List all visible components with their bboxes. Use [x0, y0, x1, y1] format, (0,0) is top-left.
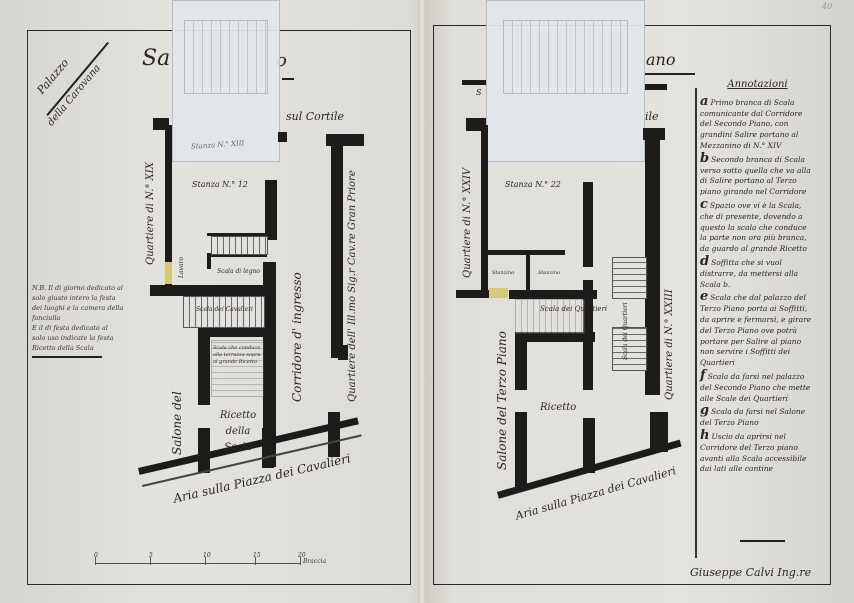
page-marker: 40: [822, 2, 832, 11]
flap-room-label: Stanza N.° XIII: [191, 139, 245, 151]
signature: Giuseppe Calvi Ing.re: [690, 566, 811, 579]
quartiere-xxiv-label: Quartiere di N.° XXIV: [462, 168, 473, 278]
wall: [207, 253, 211, 269]
flap-stair-sketch: [184, 20, 269, 94]
stanzino-a-label: Stanzino: [492, 270, 514, 276]
wall: [456, 290, 490, 298]
annotation-item: aPrimo branca di Scala comunicante dal C…: [700, 97, 815, 152]
wall: [583, 182, 593, 267]
wall: [645, 135, 660, 395]
scale-label: 10: [203, 552, 211, 559]
scale-unit: Braccia: [303, 558, 326, 565]
stanza-12-label: Stanza N.° 12: [192, 180, 248, 189]
wall: [198, 428, 210, 473]
wall: [485, 250, 565, 255]
wall: [328, 412, 340, 457]
right-title-start: S: [476, 88, 481, 97]
wall: [331, 140, 343, 358]
ricetto-label: Ricetto della Scala: [218, 408, 258, 456]
annotations-rule-left: [695, 88, 697, 558]
yellow-wash-patch: [489, 288, 508, 298]
scale-label: 15: [253, 552, 261, 559]
scale-bar: 0 5 10 15 20 Braccia: [95, 563, 300, 564]
stanza-22-label: Stanza N.° 22: [505, 180, 561, 189]
quartiere-gran-priore-label: Quartiere dell' Ill.mo Sig.r Cav.re Gran…: [347, 170, 358, 402]
scale-label: 5: [149, 552, 153, 559]
yellow-wash-patch: [165, 262, 172, 284]
stair-scala-di-legno: [211, 236, 268, 255]
annotations-end-flourish: [740, 540, 785, 542]
stair-vertical-flight: [612, 257, 647, 299]
scala-terrace-note: Scala che conduce alla terrazza sopra al…: [213, 345, 261, 366]
sul-cortile-label: sul Cortile: [286, 110, 344, 123]
stair-vertical-flight-lower: [612, 327, 647, 371]
right-title-rule: [645, 73, 695, 75]
stanzino-b-label: Stanzino: [538, 270, 560, 276]
note-line: E il di festa dedicato al: [32, 323, 142, 333]
wall: [526, 254, 530, 290]
wall: [278, 132, 287, 142]
scala-quartieri-label: Scala dei Quartieri: [540, 305, 607, 313]
ricetto-right-label: Ricetto: [540, 402, 576, 413]
annotations-title: Annotazioni: [700, 80, 815, 91]
floor-plan-sheet: 40 Palazzo della Carovana Sa o Stanza N.…: [0, 0, 854, 603]
left-overlay-flap: Stanza N.° XIII: [172, 0, 280, 162]
quartiere-xix-label: Quartiere di N.° XIX: [145, 162, 156, 265]
scale-label: 0: [94, 552, 98, 559]
corridore-label: Corridore d' ingresso: [290, 272, 304, 402]
wall: [462, 80, 486, 85]
note-line: fanciulla: [32, 313, 142, 323]
scala-vertical-label: Scala dei Quartieri: [622, 302, 629, 360]
salone-right-label: Salone del Terzo Piano: [495, 331, 509, 470]
wall: [645, 84, 667, 90]
cortile-partial-label: ile: [645, 110, 659, 123]
wall: [198, 325, 210, 405]
annotation-item: hUscio da aprirsi nel Corridore del Terz…: [700, 431, 815, 475]
scala-di-legno-label: Scala di legno: [217, 268, 260, 275]
note-line: Ricetto della Scala: [32, 343, 142, 353]
annotation-item: eScala che dal palazzo del Terzo Piano p…: [700, 292, 815, 369]
page-fold: [418, 0, 426, 603]
flap-stair-sketch: [503, 20, 629, 94]
left-side-note: N.B. Il di giorno dedicato al solo giust…: [32, 283, 142, 358]
lavaro-label: Lavaro: [178, 257, 185, 278]
note-flourish: [32, 356, 102, 358]
note-line: N.B. Il di giorno dedicato al: [32, 283, 142, 293]
quartiere-xxiii-label: Quartiere di N.° XXIII: [664, 289, 675, 400]
wall: [150, 285, 270, 296]
annotation-item: dSoffitta che si vuol distrarre, da mett…: [700, 257, 815, 290]
salone-left-label: Salone del: [170, 391, 184, 455]
right-overlay-flap: [486, 0, 645, 162]
annotations-panel: Annotazioni aPrimo branca di Scala comun…: [700, 80, 815, 477]
cartouche: Palazzo della Carovana: [30, 40, 100, 120]
scala-cavalieri-label: Scala dei Cavalieri: [196, 306, 253, 313]
note-line: solo giusto intero la festa: [32, 293, 142, 303]
wall: [481, 125, 488, 297]
annotation-item: bSecondo branca di Scala verso sotto que…: [700, 154, 815, 198]
annotation-item: gScala da farsi nel Salone del Terzo Pia…: [700, 406, 815, 429]
annotation-item: cSpazio ove vi è la Scala, che di presen…: [700, 200, 815, 255]
wall: [515, 412, 527, 487]
note-line: dei luoghi e la camera della: [32, 303, 142, 313]
left-title-start: Sa: [142, 46, 170, 71]
note-line: solo uso indicate la festa: [32, 333, 142, 343]
wall: [515, 332, 527, 390]
wall: [265, 180, 277, 240]
left-title-rule: [282, 78, 294, 80]
annotation-item: fScala da farsi nel palazzo del Secondo …: [700, 371, 815, 404]
right-title-end: ano: [646, 50, 675, 69]
wall: [262, 428, 274, 468]
